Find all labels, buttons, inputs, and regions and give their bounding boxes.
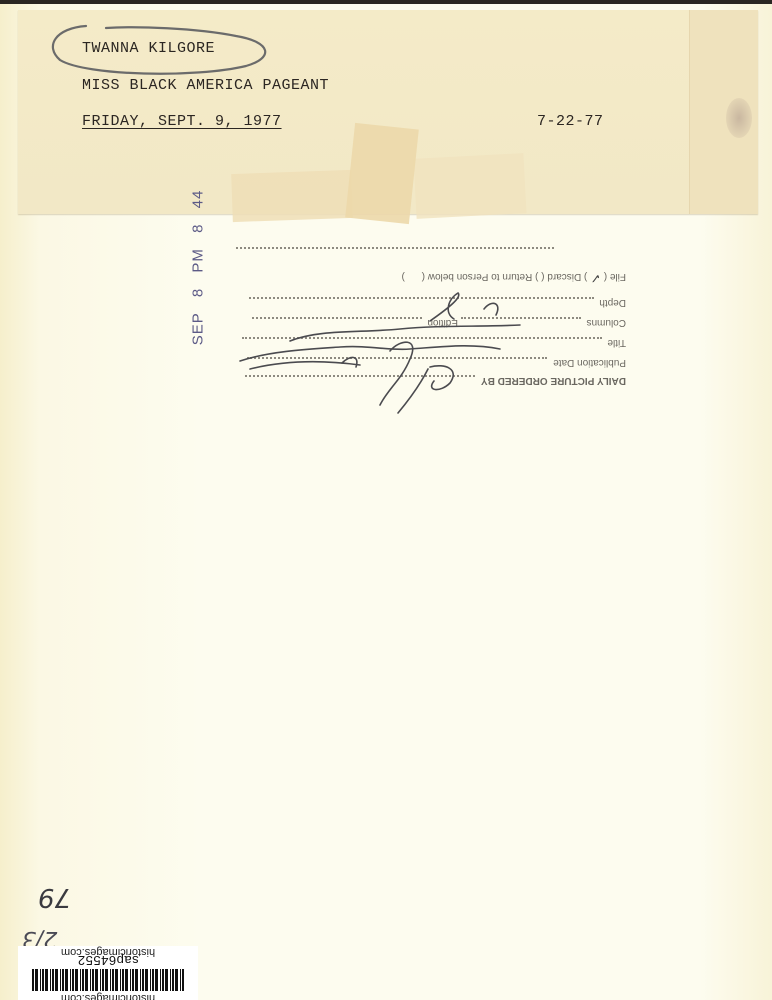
tape-strip bbox=[231, 170, 353, 222]
dotted-line bbox=[236, 247, 554, 250]
barcode-icon bbox=[32, 969, 184, 991]
stain-mark bbox=[726, 98, 752, 138]
caption-name: TWANNA KILGORE bbox=[82, 40, 215, 57]
received-stamp: SEP 8 PM 8 44 bbox=[189, 180, 206, 346]
barcode-site-text: historicimages.com bbox=[18, 946, 198, 958]
return-label: ) Return to Person below ( bbox=[422, 271, 539, 282]
caption-date: FRIDAY, SEPT. 9, 1977 bbox=[82, 113, 282, 130]
tape-strip bbox=[345, 123, 419, 224]
stamp-month: SEP bbox=[189, 312, 206, 345]
discard-label: ) Discard ( bbox=[541, 271, 587, 282]
disposition-row: File ( ✓ ) Discard ( ) Return to Person … bbox=[236, 272, 626, 286]
stamp-meridiem: PM bbox=[189, 248, 206, 273]
file-label: File ( bbox=[604, 271, 626, 282]
stamp-day: 8 bbox=[189, 288, 206, 297]
barcode-site-text: historicimages.com bbox=[18, 992, 198, 1000]
blank-row bbox=[236, 244, 626, 258]
stamp-hour: 8 bbox=[189, 224, 206, 233]
close-paren: ) bbox=[402, 271, 405, 282]
caption-event: MISS BLACK AMERICA PAGEANT bbox=[82, 77, 329, 94]
caption-filed-date: 7-22-77 bbox=[537, 113, 604, 130]
tape-strip bbox=[414, 153, 527, 219]
file-check-mark: ✓ bbox=[590, 270, 601, 286]
handwriting-signature-icon bbox=[230, 289, 630, 419]
stamp-minute: 44 bbox=[189, 190, 206, 209]
photo-back: TWANNA KILGORE MISS BLACK AMERICA PAGEAN… bbox=[0, 4, 772, 1000]
barcode-label: historicimages.com sap64552 historicimag… bbox=[18, 946, 198, 1000]
margin-note: 79 bbox=[38, 882, 71, 912]
